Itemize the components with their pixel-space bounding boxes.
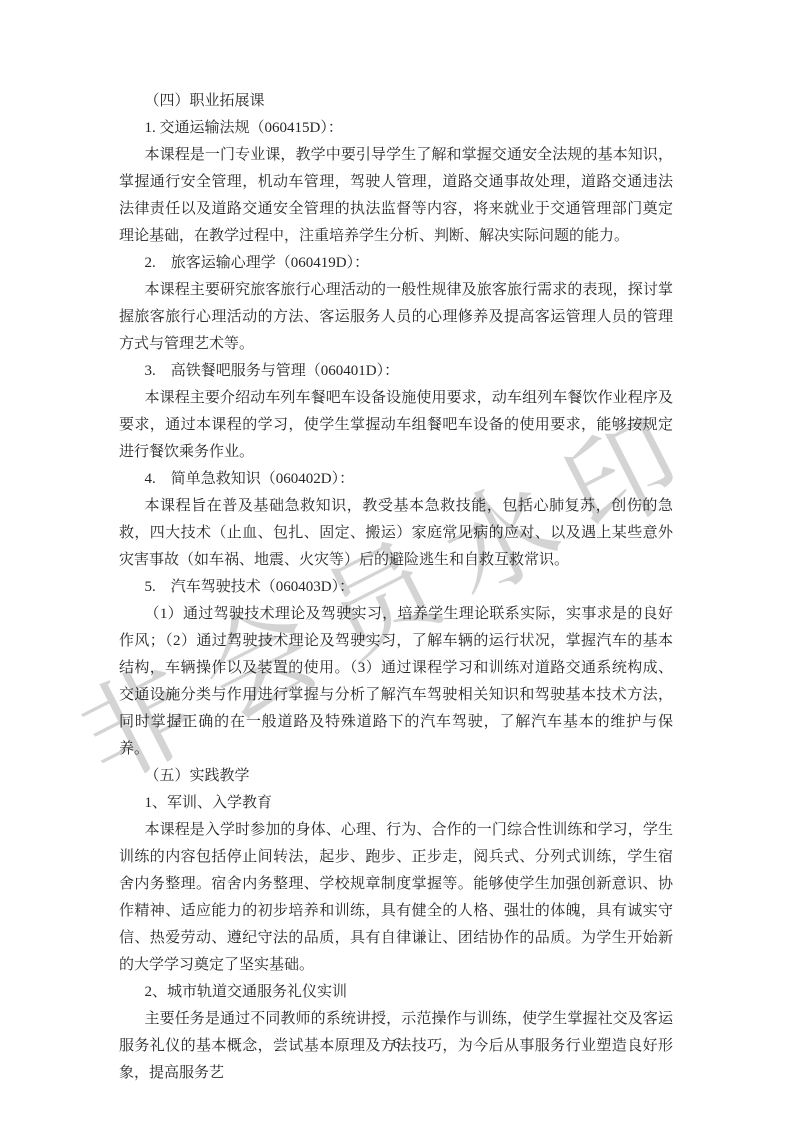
course-title: 2、城市轨道交通服务礼仪实训	[119, 979, 673, 1006]
paragraph: 本课程主要介绍动车列车餐吧车设备设施使用要求，动车组列车餐饮作业程序及要求，通过…	[119, 385, 673, 466]
paragraph: 本课程旨在普及基础急救知识，教受基本急救技能，包括心肺复苏，创伤的急救，四大技术…	[119, 493, 673, 574]
page-number: 6	[0, 1036, 793, 1053]
section-heading: （四）职业拓展课	[119, 88, 673, 115]
paragraph: （1）通过驾驶技术理论及驾驶实习，培养学生理论联系实际，实事求是的良好作风；（2…	[119, 601, 673, 763]
section-heading: （五）实践教学	[119, 763, 673, 790]
paragraph: 本课程主要研究旅客旅行心理活动的一般性规律及旅客旅行需求的表现，探讨掌握旅客旅行…	[119, 277, 673, 358]
course-title: 1、军训、入学教育	[119, 790, 673, 817]
course-title: 1. 交通运输法规（060415D）：	[119, 115, 673, 142]
paragraph: 本课程是入学时参加的身体、心理、行为、合作的一门综合性训练和学习，学生训练的内容…	[119, 817, 673, 979]
course-title: 2. 旅客运输心理学（060419D）：	[119, 250, 673, 277]
course-title: 4. 简单急救知识（060402D）：	[119, 466, 673, 493]
document-body: （四）职业拓展课1. 交通运输法规（060415D）：本课程是一门专业课，教学中…	[119, 88, 673, 1087]
course-title: 5. 汽车驾驶技术（060403D）：	[119, 574, 673, 601]
course-title: 3. 高铁餐吧服务与管理（060401D）：	[119, 358, 673, 385]
paragraph: 本课程是一门专业课，教学中要引导学生了解和掌握交通安全法规的基本知识，掌握通行安…	[119, 142, 673, 250]
document-page: 非会员水印 （四）职业拓展课1. 交通运输法规（060415D）：本课程是一门专…	[0, 0, 793, 1122]
